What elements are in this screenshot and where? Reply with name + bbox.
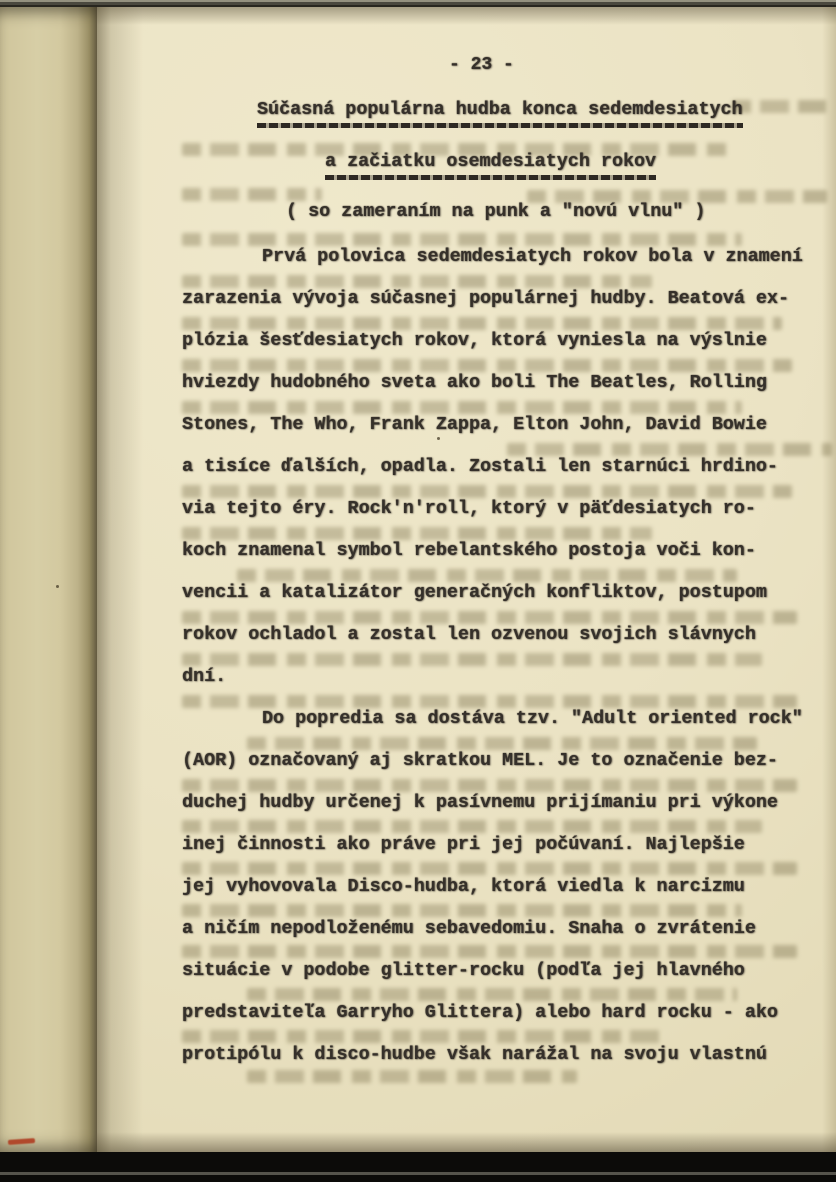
dust-speck [707,877,709,879]
document-title-line2: a začiatku osemdesiatych rokov [325,151,656,180]
document-page: - 23 - Súčasná populárna hudba konca sed… [97,7,836,1152]
body-text-line: zarazenia vývoja súčasnej populárnej hud… [182,278,822,320]
body-text-line: Do popredia sa dostáva tzv. "Adult orien… [182,698,822,740]
book-cover-groove [0,1172,836,1175]
body-text-line: protipólu k disco-hudbe však narážal na … [182,1034,822,1076]
body-text-line: hviezdy hudobného sveta ako boli The Bea… [182,362,822,404]
body-text-line: vencii a katalizátor generačných konflik… [182,572,822,614]
body-text-line: situácie v podobe glitter-rocku (podľa j… [182,950,822,992]
scanned-book-photo: - 23 - Súčasná populárna hudba konca sed… [0,0,836,1182]
body-text-block: Prvá polovica sedemdesiatych rokov bola … [182,236,822,1076]
bleedthrough-line [732,100,828,113]
body-text-line: predstaviteľa Garryho Glittera) alebo ha… [182,992,822,1034]
body-text-line: inej činnosti ako práve pri jej počúvaní… [182,824,822,866]
book-bottom-edge [0,1152,836,1182]
body-text-line: jej vyhovovala Disco-hudba, ktorá viedla… [182,866,822,908]
book-top-edge [0,0,836,7]
dust-speck [437,437,440,440]
body-text-line: (AOR) označovaný aj skratkou MEL. Je to … [182,740,822,782]
body-text-line: Prvá polovica sedemdesiatych rokov bola … [182,236,822,278]
body-text-line: Stones, The Who, Frank Zappa, Elton John… [182,404,822,446]
body-text-line: plózia šesťdesiatych rokov, ktorá vynies… [182,320,822,362]
body-text-line: dní. [182,656,822,698]
document-title-line1: Súčasná populárna hudba konca sedemdesia… [257,99,743,128]
dust-speck [56,585,59,588]
body-text-line: rokov ochladol a zostal len ozvenou svoj… [182,614,822,656]
body-text-line: a tisíce ďalších, opadla. Zostali len st… [182,446,822,488]
body-text-line: koch znamenal symbol rebelantského posto… [182,530,822,572]
body-text-line: via tejto éry. Rock'n'roll, ktorý v päťd… [182,488,822,530]
body-text-line: duchej hudby určenej k pasívnemu prijíma… [182,782,822,824]
facing-page-edge [0,7,97,1152]
body-text-line: a ničím nepodloženému sebavedomiu. Snaha… [182,908,822,950]
page-number: - 23 - [449,55,514,75]
bleedthrough-line [182,188,322,201]
document-subtitle: ( so zameraním na punk a "novú vlnu" ) [286,201,705,222]
